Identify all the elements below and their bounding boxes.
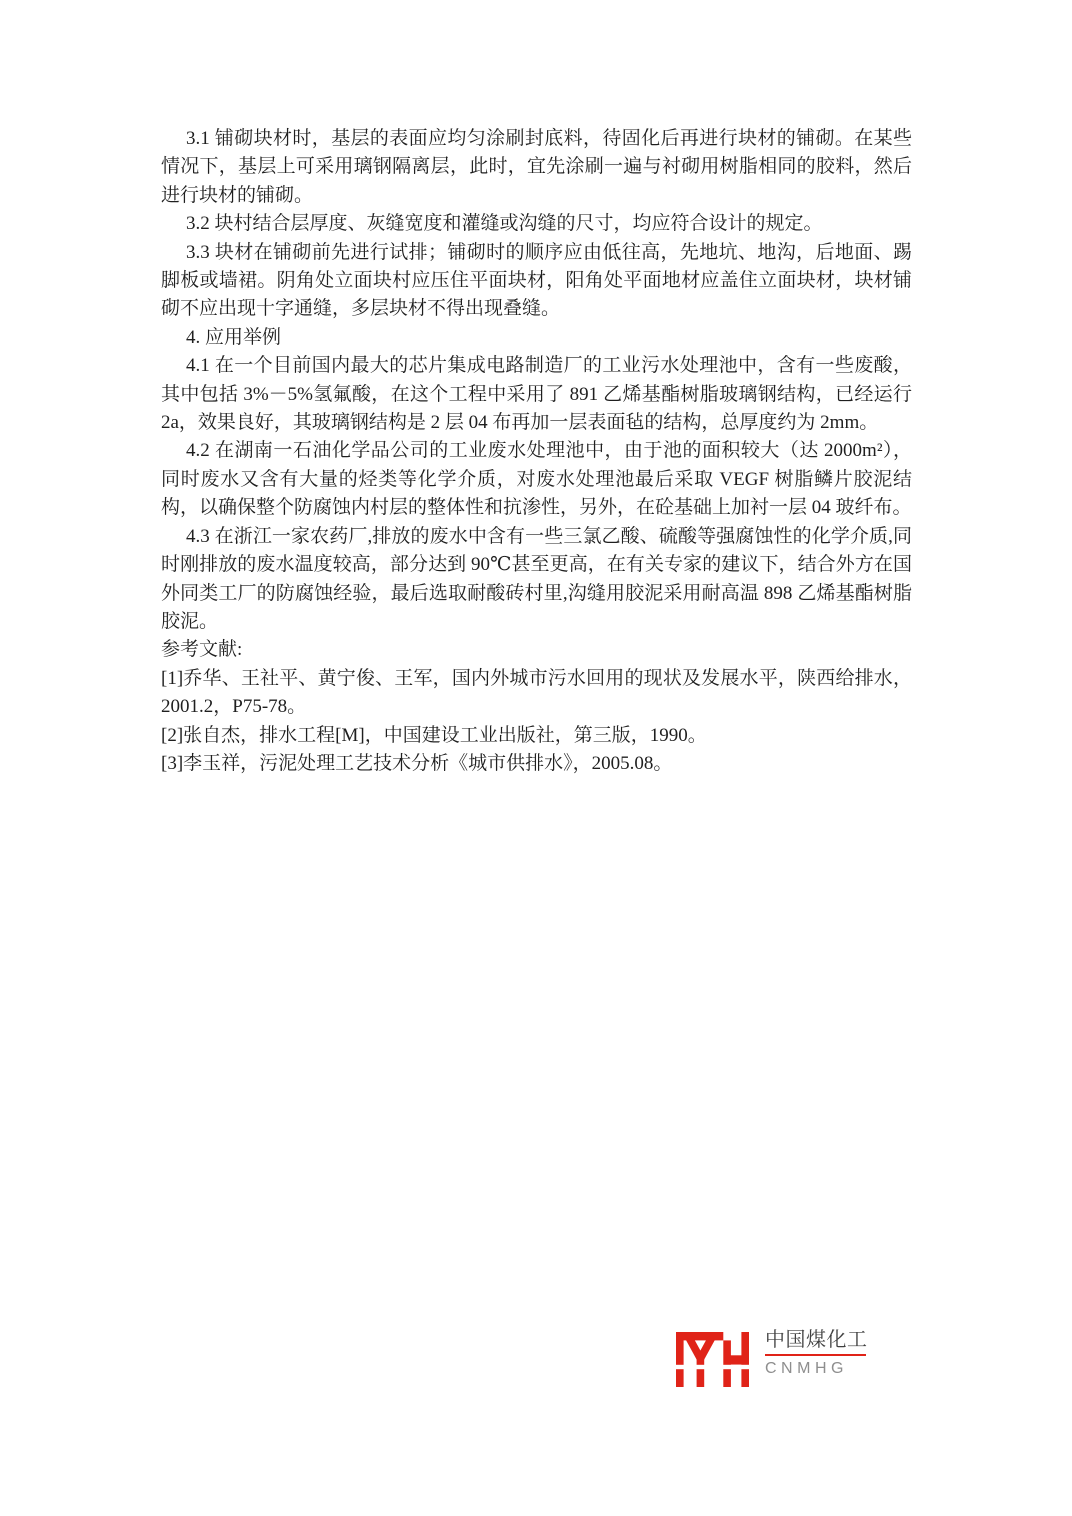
company-logo: 中国煤化工 CNMHG [676,1329,916,1389]
reference-item-1: [1]乔华、王社平、黄宁俊、王军，国内外城市污水回用的现状及发展水平，陕西给排水… [161,665,912,722]
paragraph-3-2: 3.2 块村结合层厚度、灰缝宽度和灌缝或沟缝的尺寸，均应符合设计的规定。 [161,210,912,238]
paragraph-3-1: 3.1 铺砌块材时，基层的表面应均匀涂刷封底料，待固化后再进行块材的铺砌。在某些… [161,125,912,210]
paragraph-4-1: 4.1 在一个目前国内最大的芯片集成电路制造厂的工业污水处理池中，含有一些废酸，… [161,352,912,437]
paragraph-3-3: 3.3 块材在铺砌前先进行试排；铺砌时的顺序应由低往高，先地坑、地沟，后地面、踢… [161,239,912,324]
logo-abbreviation: CNMHG [765,1360,869,1377]
section-heading-4: 4. 应用举例 [161,324,912,352]
logo-text-block: 中国煤化工 CNMHG [765,1329,869,1377]
document-page: 3.1 铺砌块材时，基层的表面应均匀涂刷封底料，待固化后再进行块材的铺砌。在某些… [0,0,1072,1516]
reference-item-2: [2]张自杰，排水工程[M]，中国建设工业出版社，第三版，1990。 [161,722,912,750]
paragraph-4-3: 4.3 在浙江一家农药厂,排放的废水中含有一些三氯乙酸、硫酸等强腐蚀性的化学介质… [161,523,912,637]
paragraph-4-2: 4.2 在湖南一石油化学品公司的工业废水处理池中，由于池的面积较大（达 2000… [161,437,912,522]
myh-monogram-icon [676,1332,749,1387]
logo-divider-rule [765,1354,866,1356]
logo-company-name: 中国煤化工 [765,1329,869,1352]
reference-item-3: [3]李玉祥，污泥处理工艺技术分析《城市供排水》，2005.08。 [161,750,912,778]
document-body: 3.1 铺砌块材时，基层的表面应均匀涂刷封底料，待固化后再进行块材的铺砌。在某些… [161,125,912,778]
references-heading: 参考文献: [161,636,912,664]
